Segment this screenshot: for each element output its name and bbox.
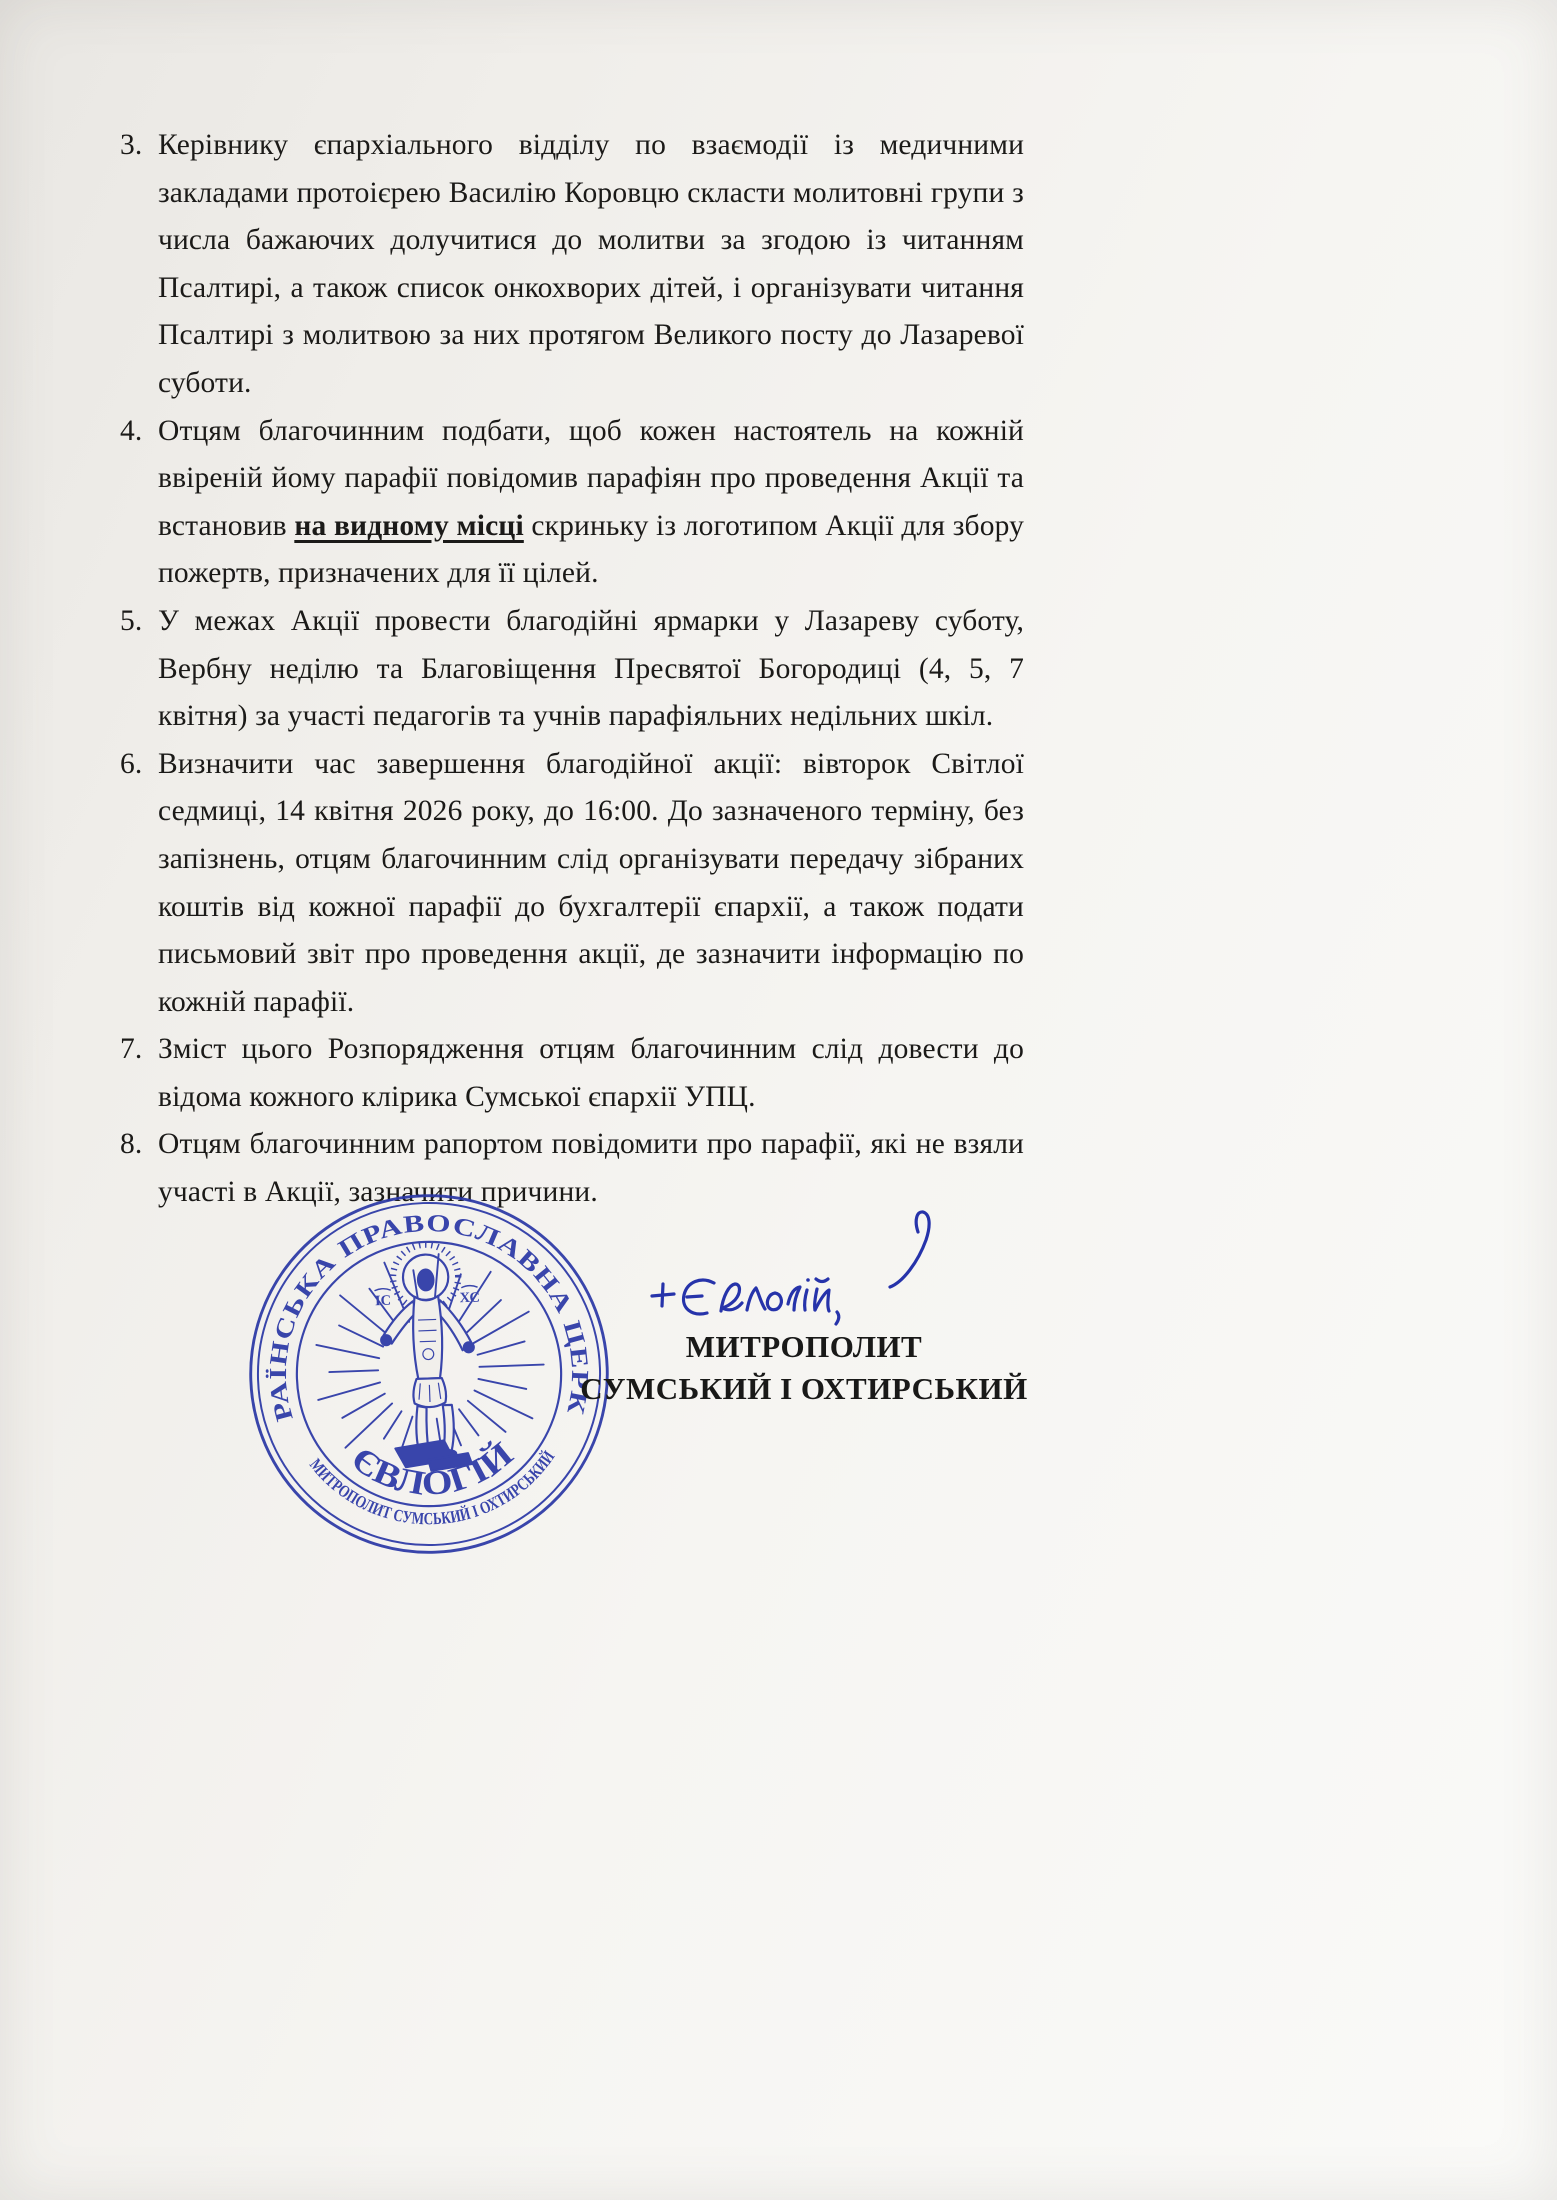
list-item-number: 8. bbox=[120, 1121, 142, 1169]
figure-head bbox=[418, 1269, 434, 1290]
directive-list: 3.Керівнику єпархіального відділу по вза… bbox=[120, 122, 1024, 1217]
list-item: 3.Керівнику єпархіального відділу по вза… bbox=[120, 122, 1024, 408]
list-item-number: 7. bbox=[120, 1026, 142, 1074]
list-item-text: Отцям благочинним подбати, щоб кожен нас… bbox=[158, 408, 1024, 598]
stamp-ray bbox=[329, 1370, 378, 1372]
list-item-number: 5. bbox=[120, 598, 142, 646]
list-item: 5.У межах Акції провести благодійні ярма… bbox=[120, 598, 1024, 741]
christogram-xc: ХС bbox=[459, 1290, 480, 1307]
stamp-ray bbox=[383, 1411, 402, 1438]
handwritten-signature bbox=[635, 1192, 965, 1342]
christ-figure-icon bbox=[378, 1243, 478, 1472]
stamp-ray bbox=[339, 1324, 383, 1348]
stamp-ray bbox=[459, 1409, 478, 1436]
list-item-number: 3. bbox=[120, 122, 142, 170]
list-item-text: У межах Акції провести благодійні ярмарк… bbox=[158, 598, 1024, 741]
stamp-ray bbox=[478, 1377, 526, 1390]
stamp-ray bbox=[472, 1312, 530, 1344]
list-item: 6.Визначити час завершення благодійної а… bbox=[120, 741, 1024, 1027]
scanned-document-page: 3.Керівнику єпархіального відділу по вза… bbox=[0, 0, 1557, 2200]
stamp-ray bbox=[316, 1343, 379, 1361]
christogram-ic: ІС bbox=[375, 1293, 392, 1310]
list-item: 7.Зміст цього Розпорядження отцям благоч… bbox=[120, 1026, 1024, 1121]
list-item-text: Зміст цього Розпорядження отцям благочин… bbox=[158, 1026, 1024, 1121]
stamp-ray bbox=[342, 1394, 386, 1418]
stamp-ray bbox=[474, 1389, 532, 1421]
list-item-text: Керівнику єпархіального відділу по взаєм… bbox=[158, 122, 1024, 408]
list-item: 4.Отцям благочинним подбати, щоб кожен н… bbox=[120, 408, 1024, 598]
stamp-ray bbox=[318, 1382, 381, 1400]
signature-title-line2: СУМСЬКИЙ І ОХТИРСЬКИЙ bbox=[558, 1368, 1050, 1410]
stamp-ray bbox=[401, 1417, 414, 1448]
signature-flourish bbox=[890, 1212, 929, 1287]
stamp-ray bbox=[477, 1341, 525, 1354]
stamp-ray bbox=[479, 1365, 543, 1367]
list-item-number: 6. bbox=[120, 741, 142, 789]
list-item-text: Визначити час завершення благодійної акц… bbox=[158, 741, 1024, 1027]
list-item-number: 4. bbox=[120, 408, 142, 456]
